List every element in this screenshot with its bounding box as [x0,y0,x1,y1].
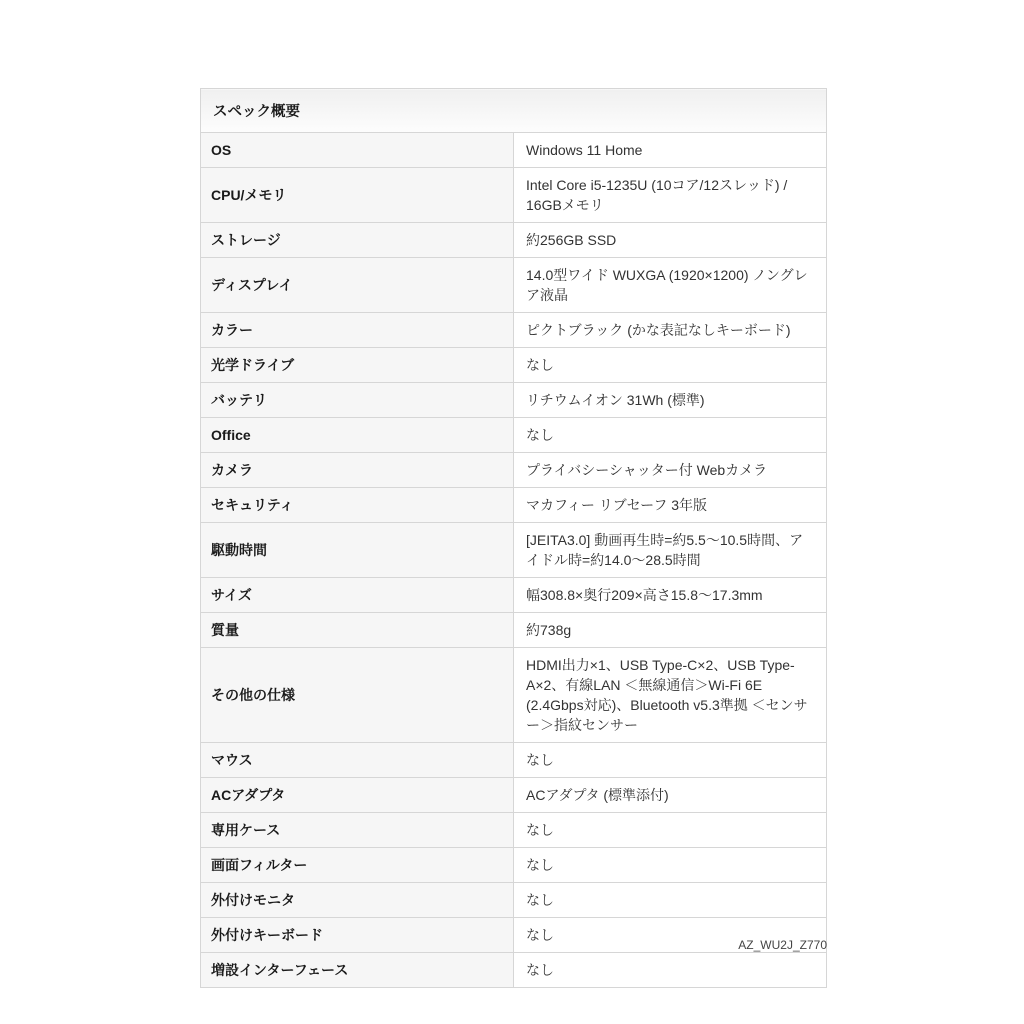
spec-value: Windows 11 Home [514,133,827,168]
spec-row-ac-adapter: ACアダプタ ACアダプタ (標準添付) [201,778,827,813]
spec-table-title: スペック概要 [201,89,827,133]
spec-table: スペック概要 OS Windows 11 Home CPU/メモリ Intel … [200,88,827,988]
spec-value: ACアダプタ (標準添付) [514,778,827,813]
spec-value: プライバシーシャッター付 Webカメラ [514,453,827,488]
spec-value: なし [514,743,827,778]
spec-row-display: ディスプレイ 14.0型ワイド WUXGA (1920×1200) ノングレア液… [201,258,827,313]
spec-row-battery-life: 駆動時間 [JEITA3.0] 動画再生時=約5.5〜10.5時間、アイドル時=… [201,523,827,578]
spec-label: 光学ドライブ [201,348,514,383]
spec-value: Intel Core i5-1235U (10コア/12スレッド) / 16GB… [514,168,827,223]
spec-value: 約738g [514,613,827,648]
spec-row-camera: カメラ プライバシーシャッター付 Webカメラ [201,453,827,488]
spec-label: OS [201,133,514,168]
spec-label: その他の仕様 [201,648,514,743]
spec-row-office: Office なし [201,418,827,453]
spec-label: Office [201,418,514,453]
spec-label: 質量 [201,613,514,648]
spec-row-external-monitor: 外付けモニタ なし [201,883,827,918]
spec-value: [JEITA3.0] 動画再生時=約5.5〜10.5時間、アイドル時=約14.0… [514,523,827,578]
spec-label: サイズ [201,578,514,613]
spec-value: なし [514,883,827,918]
spec-label: 画面フィルター [201,848,514,883]
spec-label: バッテリ [201,383,514,418]
spec-label: マウス [201,743,514,778]
spec-row-color: カラー ピクトブラック (かな表記なしキーボード) [201,313,827,348]
spec-label: 増設インターフェース [201,953,514,988]
spec-row-mouse: マウス なし [201,743,827,778]
spec-label: セキュリティ [201,488,514,523]
spec-value: 14.0型ワイド WUXGA (1920×1200) ノングレア液晶 [514,258,827,313]
spec-row-storage: ストレージ 約256GB SSD [201,223,827,258]
spec-label: 駆動時間 [201,523,514,578]
spec-value: 約256GB SSD [514,223,827,258]
spec-label: ディスプレイ [201,258,514,313]
spec-label: ストレージ [201,223,514,258]
spec-label: 外付けモニタ [201,883,514,918]
spec-row-weight: 質量 約738g [201,613,827,648]
footer-code: AZ_WU2J_Z770 [200,938,827,952]
spec-value: ピクトブラック (かな表記なしキーボード) [514,313,827,348]
spec-value: なし [514,848,827,883]
spec-row-battery: バッテリ リチウムイオン 31Wh (標準) [201,383,827,418]
spec-label: CPU/メモリ [201,168,514,223]
spec-row-screen-filter: 画面フィルター なし [201,848,827,883]
spec-row-other-specs: その他の仕様 HDMI出力×1、USB Type-C×2、USB Type-A×… [201,648,827,743]
spec-row-size: サイズ 幅308.8×奥行209×高さ15.8〜17.3mm [201,578,827,613]
spec-value: なし [514,953,827,988]
spec-row-expansion-interface: 増設インターフェース なし [201,953,827,988]
spec-label: カメラ [201,453,514,488]
spec-label: カラー [201,313,514,348]
spec-value: リチウムイオン 31Wh (標準) [514,383,827,418]
spec-row-cpu-memory: CPU/メモリ Intel Core i5-1235U (10コア/12スレッド… [201,168,827,223]
spec-row-optical-drive: 光学ドライブ なし [201,348,827,383]
spec-label: 専用ケース [201,813,514,848]
spec-value: なし [514,348,827,383]
spec-value: HDMI出力×1、USB Type-C×2、USB Type-A×2、有線LAN… [514,648,827,743]
spec-value: なし [514,418,827,453]
spec-value: なし [514,813,827,848]
spec-row-security: セキュリティ マカフィー リブセーフ 3年版 [201,488,827,523]
spec-row-os: OS Windows 11 Home [201,133,827,168]
spec-value: マカフィー リブセーフ 3年版 [514,488,827,523]
spec-row-case: 専用ケース なし [201,813,827,848]
spec-label: ACアダプタ [201,778,514,813]
spec-table-header-row: スペック概要 [201,89,827,133]
spec-value: 幅308.8×奥行209×高さ15.8〜17.3mm [514,578,827,613]
page: スペック概要 OS Windows 11 Home CPU/メモリ Intel … [0,0,1024,1024]
